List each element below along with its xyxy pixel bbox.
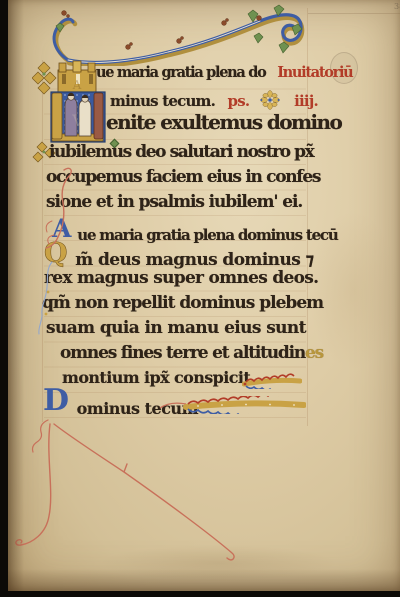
- initial-letter-A: A: [72, 78, 82, 92]
- text-line: montium ipx̃ conspicit.: [62, 370, 255, 386]
- gold-line-ending: es: [305, 343, 323, 363]
- vine-buds: [62, 11, 262, 50]
- gutter-shadow: [8, 0, 24, 591]
- page-edge-shadow: [8, 569, 400, 591]
- text-line-venite: enite exultemus domino: [106, 112, 341, 132]
- verse-number: iiij.: [294, 92, 318, 110]
- initial-letter-V: V: [71, 111, 84, 130]
- flower-ornament: [260, 90, 280, 110]
- line-text: omnes fines terre et altitudin: [60, 343, 305, 363]
- line-text: ue maria gratia plena dominus tecū: [77, 226, 337, 244]
- psalm-marker: ps.: [228, 92, 250, 110]
- text-line: Q m̃ deus magnus dominus ⁊: [44, 243, 314, 270]
- line-text: sione et in psalmis iubilem' ei.: [46, 192, 302, 212]
- text-line: minus tecum. ps. iiij.: [110, 92, 318, 112]
- line-text: montium ipx̃ conspicit.: [62, 368, 255, 387]
- initial-letter-Q: Q: [44, 240, 67, 267]
- line-text: qm̃ non repellit dominus plebem: [42, 293, 323, 313]
- line-text: occupemus faciem eius in confes: [46, 167, 320, 187]
- text-line: suam quia in manu eius sunt: [46, 320, 306, 337]
- line-text: rex magnus super omnes deos.: [44, 268, 318, 288]
- line-text: iubilemus deo salutari nostro px̃: [49, 142, 313, 162]
- line-text: m̃ deus magnus dominus ⁊: [75, 250, 313, 270]
- rubric-invitatory: Inuitatoriū: [277, 64, 352, 81]
- initial-letter-D: D: [43, 386, 69, 416]
- initial-panel: V: [51, 92, 105, 142]
- text-line: rex magnus super omnes deos.: [44, 270, 318, 287]
- line-filler-ornament: [242, 373, 302, 389]
- text-line: ue maria gratia plena do Inuitatoriū: [96, 66, 352, 81]
- text-line: sione et in psalmis iubilem' ei.: [46, 194, 302, 211]
- ivy-leaves: [56, 5, 302, 53]
- text-line: qm̃ non repellit dominus plebem: [42, 295, 323, 312]
- line-text: ue maria gratia plena do: [96, 64, 265, 81]
- text-line: omnes fines terre et altitudines: [60, 345, 323, 362]
- folio-number: 38: [394, 2, 400, 11]
- text-line: A ue maria gratia plena dominus tecū: [52, 219, 338, 244]
- ruling-top: [308, 13, 400, 14]
- text-line: iubilemus deo salutari nostro px̃: [49, 144, 313, 161]
- line-text: enite exultemus domino: [106, 110, 341, 134]
- line-text: minus tecum.: [110, 92, 215, 110]
- castle-ornament: A: [58, 61, 96, 92]
- text-line: occupemus faciem eius in confes: [46, 169, 320, 186]
- manuscript-photo: 38: [0, 0, 400, 597]
- line-filler-ornament: [158, 396, 306, 414]
- line-text: suam quia in manu eius sunt: [46, 318, 306, 338]
- parchment-page: 38: [8, 0, 400, 591]
